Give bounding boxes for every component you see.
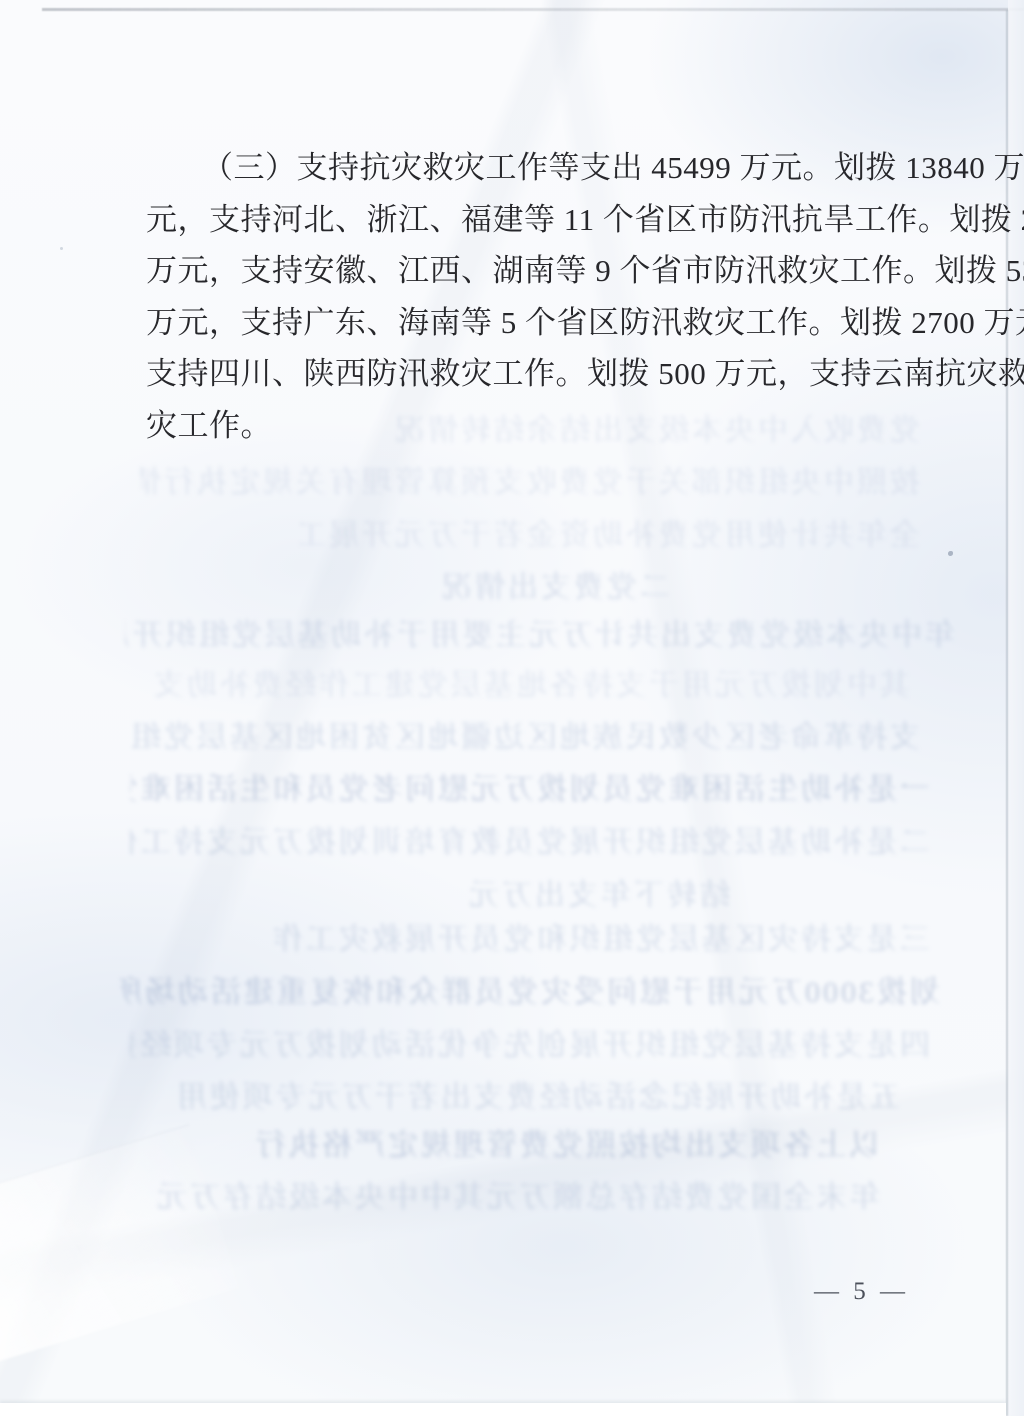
paragraph-line: 灾工作。 (146, 400, 914, 452)
bleedthrough-line: 二党费支出情况 (370, 570, 670, 606)
bleedthrough-line: 结转下年支出万元 (380, 878, 730, 914)
bleedthrough-line: 全年共计使用党费补助资金若干万元开展工作 (300, 518, 920, 554)
paragraph-line: （三）支持抗灾救灾工作等支出 45499 万元。划拨 13840 万 (146, 142, 914, 194)
bleedthrough-line: 五是补助开展纪念活动经费支出若干万元专项使用 (150, 1080, 900, 1116)
bleedthrough-line: 年中央本级党费支出共计万元主要用于补助基层党组织开展活动 (125, 618, 955, 654)
paragraph-line: 支持四川、陕西防汛救灾工作。划拨 500 万元，支持云南抗灾救 (146, 348, 914, 400)
scanned-document-page: 党费收入中央本级支出结余结转情况 按照中央组织部关于党费收支预算管理有关规定执行… (0, 0, 1024, 1416)
body-paragraph: （三）支持抗灾救灾工作等支出 45499 万元。划拨 13840 万 元，支持河… (146, 142, 914, 452)
bleedthrough-line: 一是补助生活困难党员划拨万元慰问老党员和生活困难党员 (130, 772, 930, 808)
bleedthrough-line: 年末全国党费结存总额万元其中中央本级结存万元 (120, 1180, 880, 1216)
paragraph-line: 万元，支持安徽、江西、湖南等 9 个省市防汛救灾工作。划拨 5355 (146, 245, 914, 297)
bleedthrough-line: 二是补助基层党组织开展党员教育培训划拨万元支持工作 (130, 825, 930, 861)
paper-crease (0, 1124, 239, 1366)
scan-top-edge-shadow (42, 8, 1024, 11)
bleedthrough-line: 其中划拨万元用于支持各地基层党建工作经费补助支出 (150, 668, 910, 704)
bleedthrough-line: 划拨3000万元用于慰问受灾党员群众和恢复重建活动场所 (120, 975, 940, 1011)
scan-bottom-edge (0, 1403, 1006, 1416)
scan-speck (60, 247, 63, 250)
bleedthrough-line: 以上各项支出均按照党费管理规定严格执行 (230, 1128, 880, 1164)
paragraph-line: 万元，支持广东、海南等 5 个省区防汛救灾工作。划拨 2700 万元， (146, 297, 914, 349)
bleedthrough-line: 三是支持灾区基层党组织和党员开展救灾工作 (230, 922, 930, 958)
scan-speck (948, 551, 953, 556)
bleedthrough-line: 按照中央组织部关于党费收支预算管理有关规定执行情况良好 (140, 465, 920, 501)
paragraph-line: 元，支持河北、浙江、福建等 11 个省区市防汛抗旱工作。划拨 23104 (146, 194, 914, 246)
page-number: — 5 — (814, 1278, 909, 1306)
bleedthrough-line: 支持革命老区少数民族地区边疆地区贫困地区基层党组织建设 (130, 720, 920, 756)
bleedthrough-line: 四是支持基层党组织开展创先争优活动划拨万元专项经费 (130, 1028, 930, 1064)
